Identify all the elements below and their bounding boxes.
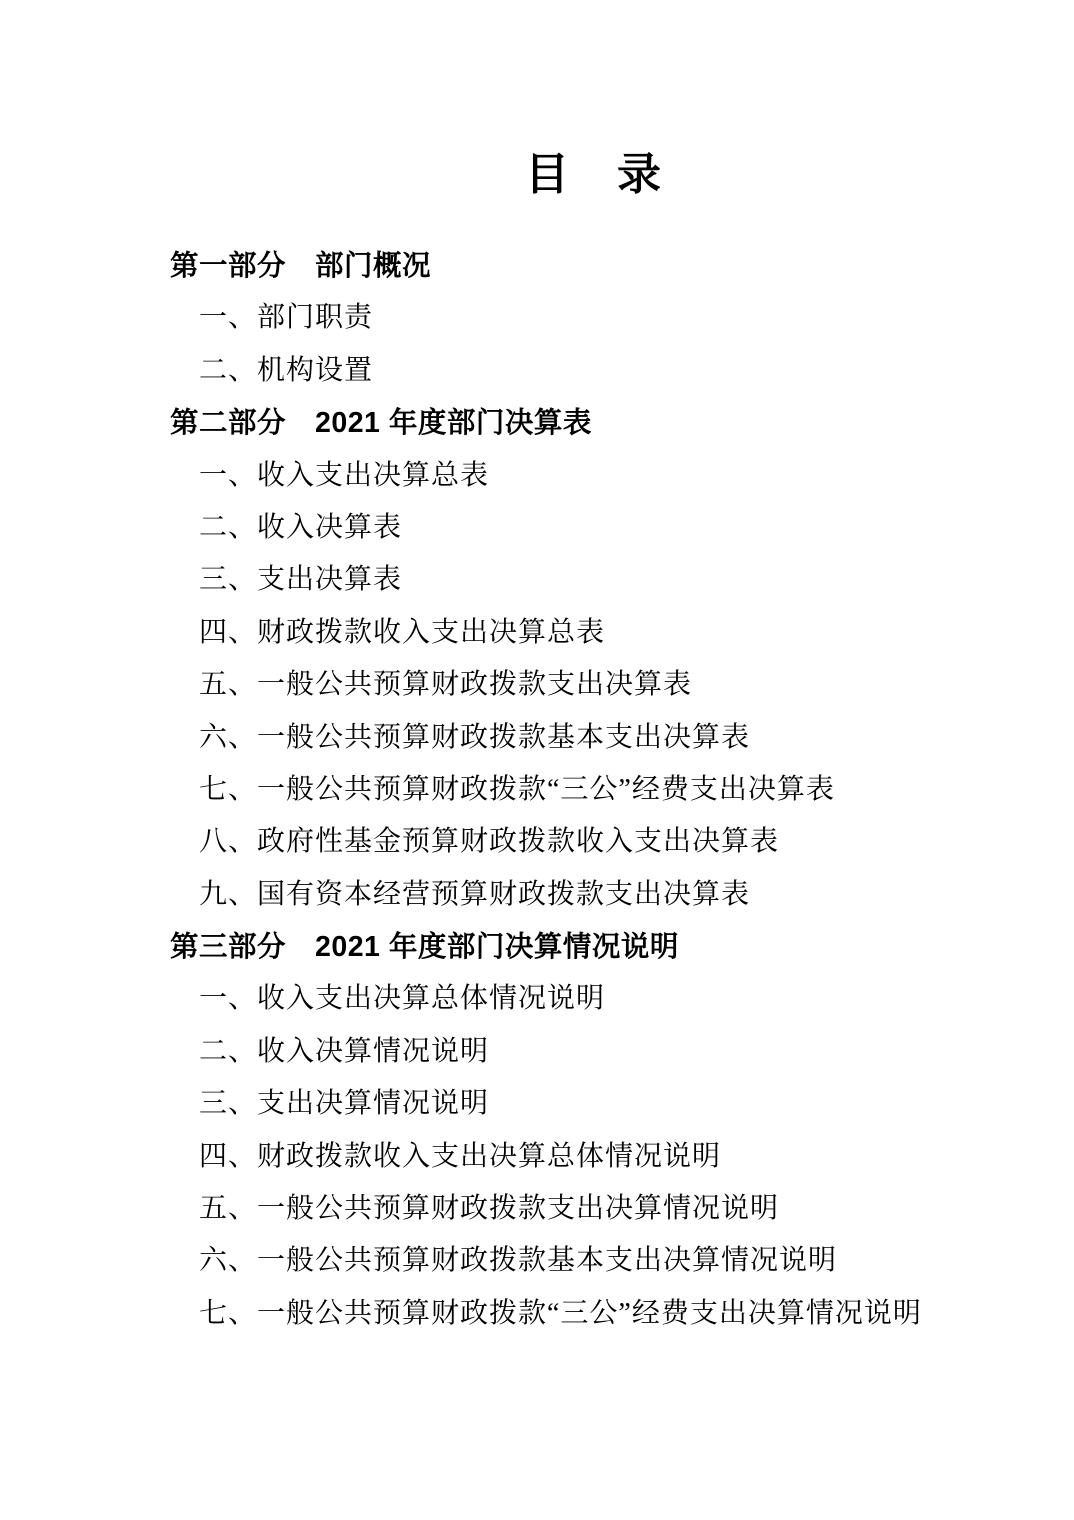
page-title: 目 录: [170, 150, 1018, 200]
toc-section-notes: 第三部分 2021 年度部门决算情况说明 一、收入支出决算总体情况说明 二、收入…: [170, 921, 1018, 1340]
section-heading-part3: 第三部分 2021 年度部门决算情况说明: [170, 921, 1018, 973]
toc-item: 六、一般公共预算财政拨款基本支出决算表: [199, 712, 1018, 764]
toc-item: 五、一般公共预算财政拨款支出决算表: [199, 659, 1018, 711]
toc-item: 七、一般公共预算财政拨款“三公”经费支出决算情况说明: [199, 1288, 1018, 1340]
toc-item: 一、部门职责: [199, 292, 1018, 344]
toc-item: 四、财政拨款收入支出决算总体情况说明: [199, 1131, 1018, 1183]
document-page: 目 录 第一部分 部门概况 一、部门职责 二、机构设置 第二部分 2021 年度…: [0, 0, 1074, 1520]
toc-item: 二、收入决算表: [199, 502, 1018, 554]
toc-item: 一、收入支出决算总体情况说明: [199, 973, 1018, 1025]
toc-item: 五、一般公共预算财政拨款支出决算情况说明: [199, 1183, 1018, 1235]
toc-item: 四、财政拨款收入支出决算总表: [199, 607, 1018, 659]
section-heading-part2: 第二部分 2021 年度部门决算表: [170, 397, 1018, 449]
toc-section-statements: 第二部分 2021 年度部门决算表 一、收入支出决算总表 二、收入决算表 三、支…: [170, 397, 1018, 921]
toc-item: 九、国有资本经营预算财政拨款支出决算表: [199, 869, 1018, 921]
toc-item: 一、收入支出决算总表: [199, 450, 1018, 502]
toc-item: 八、政府性基金预算财政拨款收入支出决算表: [199, 816, 1018, 868]
toc-item: 三、支出决算情况说明: [199, 1078, 1018, 1130]
toc-item: 三、支出决算表: [199, 554, 1018, 606]
toc-item: 七、一般公共预算财政拨款“三公”经费支出决算表: [199, 764, 1018, 816]
toc-item: 二、收入决算情况说明: [199, 1026, 1018, 1078]
section-heading-part1: 第一部分 部门概况: [170, 240, 1018, 292]
toc-section-overview: 第一部分 部门概况 一、部门职责 二、机构设置: [170, 240, 1018, 397]
toc-item: 六、一般公共预算财政拨款基本支出决算情况说明: [199, 1235, 1018, 1287]
toc-item: 二、机构设置: [199, 345, 1018, 397]
